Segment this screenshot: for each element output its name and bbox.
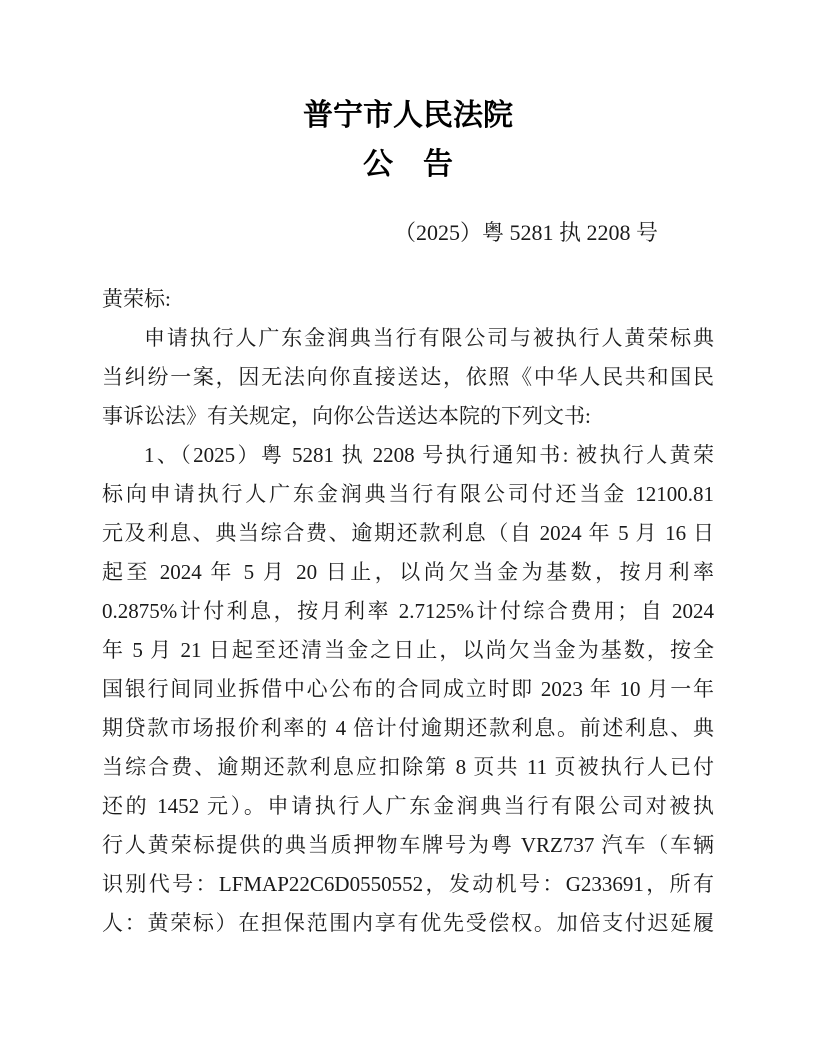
body-line: 国银行间同业拆借中心公布的合同成立时即 2023 年 10 月一年 bbox=[102, 670, 714, 709]
body-line: 黄荣标: bbox=[102, 280, 714, 319]
body-line: 申请执行人广东金润典当行有限公司与被执行人黄荣标典 bbox=[102, 319, 714, 358]
body-line: 1、（2025）粤 5281 执 2208 号执行通知书: 被执行人黄荣 bbox=[102, 436, 714, 475]
body-line: 识别代号：LFMAP22C6D0550552，发动机号：G233691，所有 bbox=[102, 865, 714, 904]
body-line: 元及利息、典当综合费、逾期还款利息（自 2024 年 5 月 16 日 bbox=[102, 514, 714, 553]
body-line: 当综合费、逾期还款利息应扣除第 8 页共 11 页被执行人已付 bbox=[102, 748, 714, 787]
announcement-page: 普宁市人民法院 公 告 （2025）粤 5281 执 2208 号 黄荣标:申请… bbox=[0, 0, 815, 1055]
body-line: 0.2875%计付利息，按月利率 2.7125%计付综合费用；自 2024 bbox=[102, 592, 714, 631]
body-line: 还的 1452 元）。申请执行人广东金润典当行有限公司对被执 bbox=[102, 787, 714, 826]
body-line: 期贷款市场报价利率的 4 倍计付逾期还款利息。前述利息、典 bbox=[102, 709, 714, 748]
body-line: 标向申请执行人广东金润典当行有限公司付还当金 12100.81 bbox=[102, 475, 714, 514]
body-line: 行人黄荣标提供的典当质押物车牌号为粤 VRZ737 汽车（车辆 bbox=[102, 826, 714, 865]
body-line: 起至 2024 年 5 月 20 日止，以尚欠当金为基数，按月利率 bbox=[102, 553, 714, 592]
case-number: （2025）粤 5281 执 2208 号 bbox=[102, 219, 714, 246]
document-body: 黄荣标:申请执行人广东金润典当行有限公司与被执行人黄荣标典当纠纷一案，因无法向你… bbox=[102, 280, 714, 943]
body-line: 年 5 月 21 日起至还清当金之日止，以尚欠当金为基数，按全 bbox=[102, 631, 714, 670]
court-name: 普宁市人民法院 bbox=[102, 98, 714, 134]
body-line: 事诉讼法》有关规定，向你公告送达本院的下列文书: bbox=[102, 397, 714, 436]
announcement-title: 公 告 bbox=[102, 147, 714, 183]
body-line: 人：黄荣标）在担保范围内享有优先受偿权。加倍支付迟延履 bbox=[102, 904, 714, 943]
body-line: 当纠纷一案，因无法向你直接送达，依照《中华人民共和国民 bbox=[102, 358, 714, 397]
